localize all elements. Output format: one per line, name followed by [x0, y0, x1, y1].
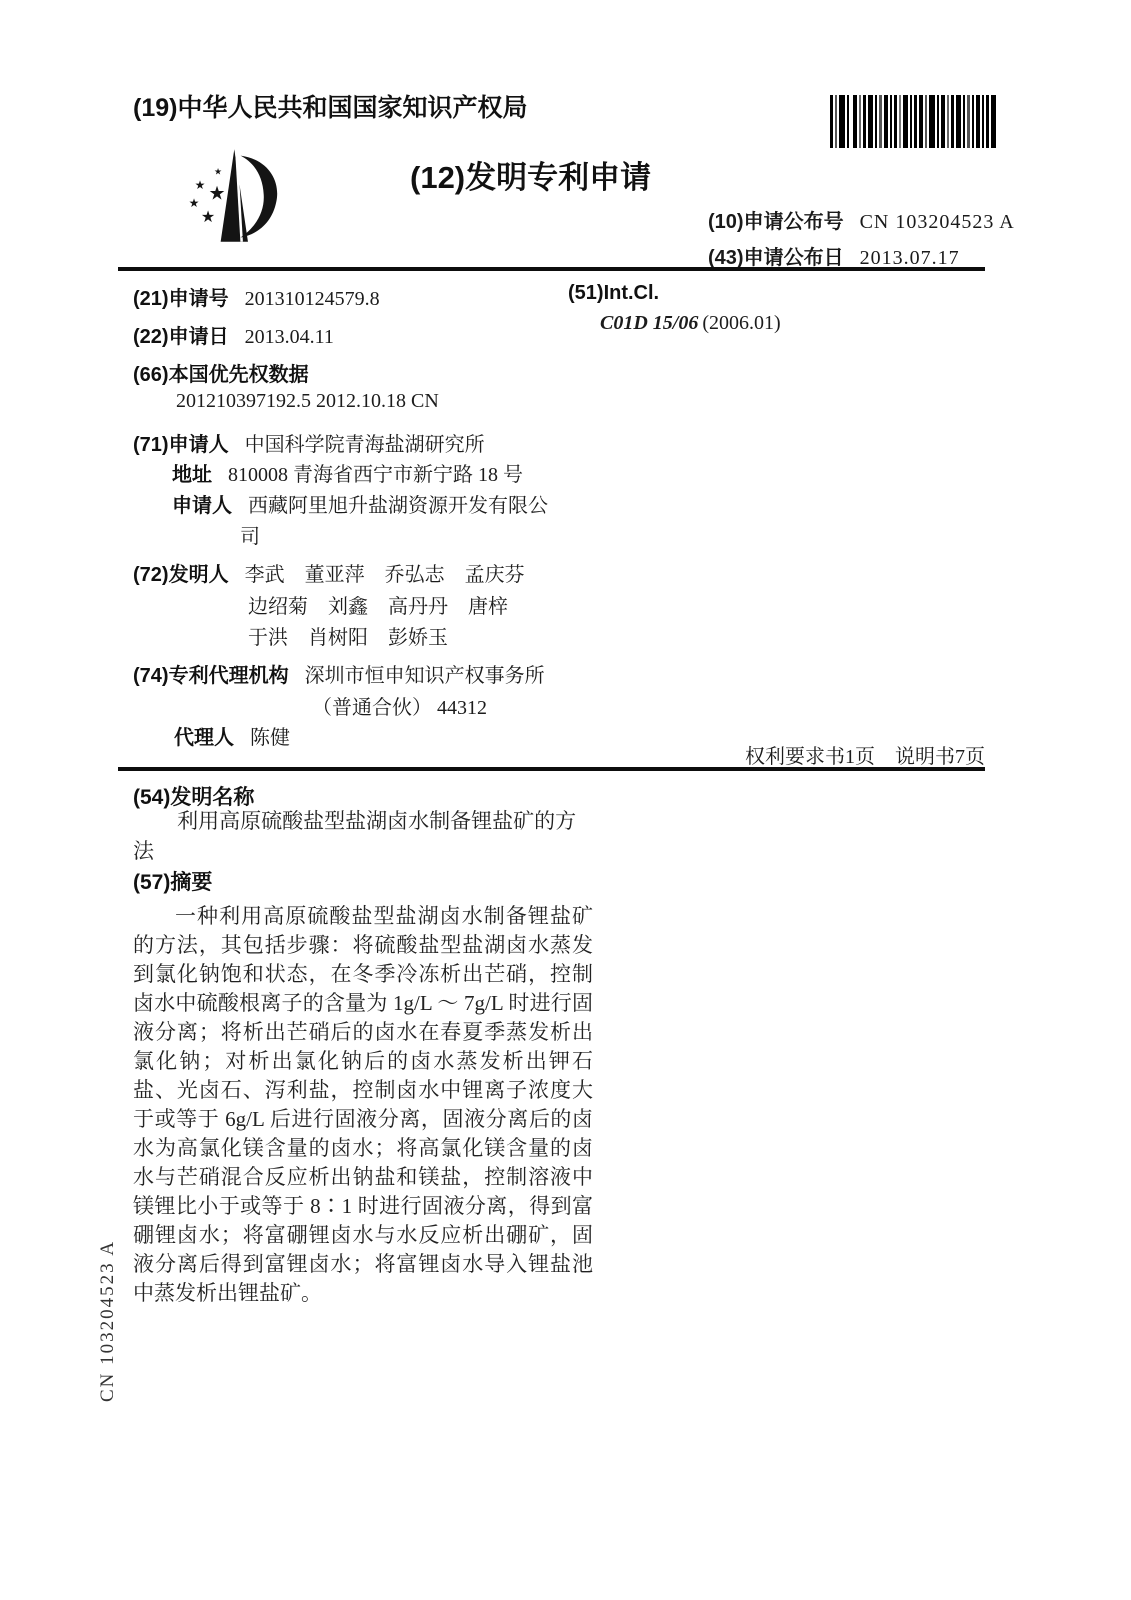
agency-name-line2: （普通合伙） 44312	[312, 697, 487, 719]
star-icon: ★	[214, 168, 222, 177]
body-divider	[118, 767, 985, 771]
star-icon: ★	[201, 210, 215, 226]
pub-date-value: 2013.07.17	[860, 247, 960, 269]
pub-date-label: (43)申请公布日	[708, 247, 844, 269]
publication-date-row: (43)申请公布日 2013.07.17	[708, 241, 960, 270]
agency-label: (74)专利代理机构	[133, 665, 289, 687]
inventors-label: (72)发明人	[133, 564, 229, 586]
priority-data-value-row: 201210397192.5 2012.10.18 CN	[176, 390, 439, 413]
office-name: (19)中华人民共和国国家知识产权局	[133, 88, 527, 124]
priority-data-label-row: (66)本国优先权数据	[133, 358, 309, 387]
abstract-text: 一种利用高原硫酸盐型盐湖卤水制备锂盐矿的方法，其包括步骤：将硫酸盐型盐湖卤水蒸发…	[133, 902, 593, 1308]
application-number-value: 201310124579.8	[245, 288, 380, 310]
star-icon: ★	[189, 197, 200, 209]
agent-label: 代理人	[174, 727, 234, 749]
intcl-version: (2006.01)	[702, 312, 780, 334]
intcl-label-row: (51)Int.Cl.	[568, 282, 659, 305]
document-kind: (12)发明专利申请	[410, 152, 651, 197]
agent-row: 代理人 陈健	[174, 721, 290, 750]
priority-data-label: (66)本国优先权数据	[133, 364, 309, 386]
applicant2-label: 申请人	[172, 495, 232, 517]
intcl-value-row: C01D 15/06 (2006.01)	[600, 312, 781, 335]
applicant1-value: 中国科学院青海盐湖研究所	[245, 434, 485, 456]
application-number-row: (21)申请号 201310124579.8	[133, 282, 380, 311]
applicant-label: (71)申请人	[133, 434, 229, 456]
intcl-class: C01D 15/06	[600, 312, 698, 334]
pub-number-label: (10)申请公布号	[708, 211, 844, 233]
inventors-row-2: 边绍菊 刘鑫 高丹丹 唐梓	[248, 590, 508, 619]
inventors-row-1: (72)发明人 李武 董亚萍 乔弘志 孟庆芬	[133, 558, 525, 587]
abstract-section-label: (57)摘要	[133, 866, 212, 896]
publication-number-row: (10)申请公布号 CN 103204523 A	[708, 205, 1015, 234]
applicant2-value-line2: 司	[240, 526, 260, 548]
agency-wrap-row: （普通合伙） 44312	[312, 691, 487, 720]
agency-row: (74)专利代理机构 深圳市恒申知识产权事务所	[133, 659, 545, 688]
applicant1-row: (71)申请人 中国科学院青海盐湖研究所	[133, 428, 485, 457]
applicant2-wrap-row: 司	[240, 520, 260, 549]
pages-note: 权利要求书1页 说明书7页	[745, 740, 985, 769]
star-icon: ★	[208, 185, 225, 204]
address-label: 地址	[172, 464, 212, 486]
vertical-publication-id: CN 103204523 A	[97, 1240, 119, 1402]
priority-data-value: 201210397192.5 2012.10.18 CN	[176, 390, 439, 412]
address-value: 810008 青海省西宁市新宁路 18 号	[228, 464, 523, 486]
applicant2-value-line1: 西藏阿里旭升盐湖资源开发有限公	[248, 495, 548, 517]
inventors-names-2: 边绍菊 刘鑫 高丹丹 唐梓	[248, 596, 508, 618]
logo-emblem	[165, 143, 291, 248]
agency-name: 深圳市恒申知识产权事务所	[305, 665, 545, 687]
filing-date-row: (22)申请日 2013.04.11	[133, 320, 334, 349]
pub-number-value: CN 103204523 A	[860, 211, 1015, 233]
header-divider	[118, 267, 985, 271]
patent-front-page: (19)中华人民共和国国家知识产权局 ★ ★ ★ ★ ★ (12)发明专利申请 …	[0, 0, 1131, 1600]
sipo-logo: ★ ★ ★ ★ ★	[165, 143, 291, 248]
inventors-row-3: 于洪 肖树阳 彭娇玉	[248, 621, 448, 650]
filing-date-value: 2013.04.11	[245, 326, 334, 348]
intcl-label: (51)Int.Cl.	[568, 282, 659, 304]
barcode	[830, 95, 996, 148]
star-icon: ★	[195, 179, 206, 191]
inventors-names-3: 于洪 肖树阳 彭娇玉	[248, 627, 448, 649]
agent-name: 陈健	[250, 727, 290, 749]
applicant-address-row: 地址 810008 青海省西宁市新宁路 18 号	[172, 458, 523, 487]
application-number-label: (21)申请号	[133, 288, 229, 310]
inventors-names-1: 李武 董亚萍 乔弘志 孟庆芬	[245, 564, 525, 586]
invention-title: 利用高原硫酸盐型盐湖卤水制备锂盐矿的方法	[133, 806, 579, 866]
filing-date-label: (22)申请日	[133, 326, 229, 348]
applicant2-row: 申请人 西藏阿里旭升盐湖资源开发有限公	[172, 489, 548, 518]
